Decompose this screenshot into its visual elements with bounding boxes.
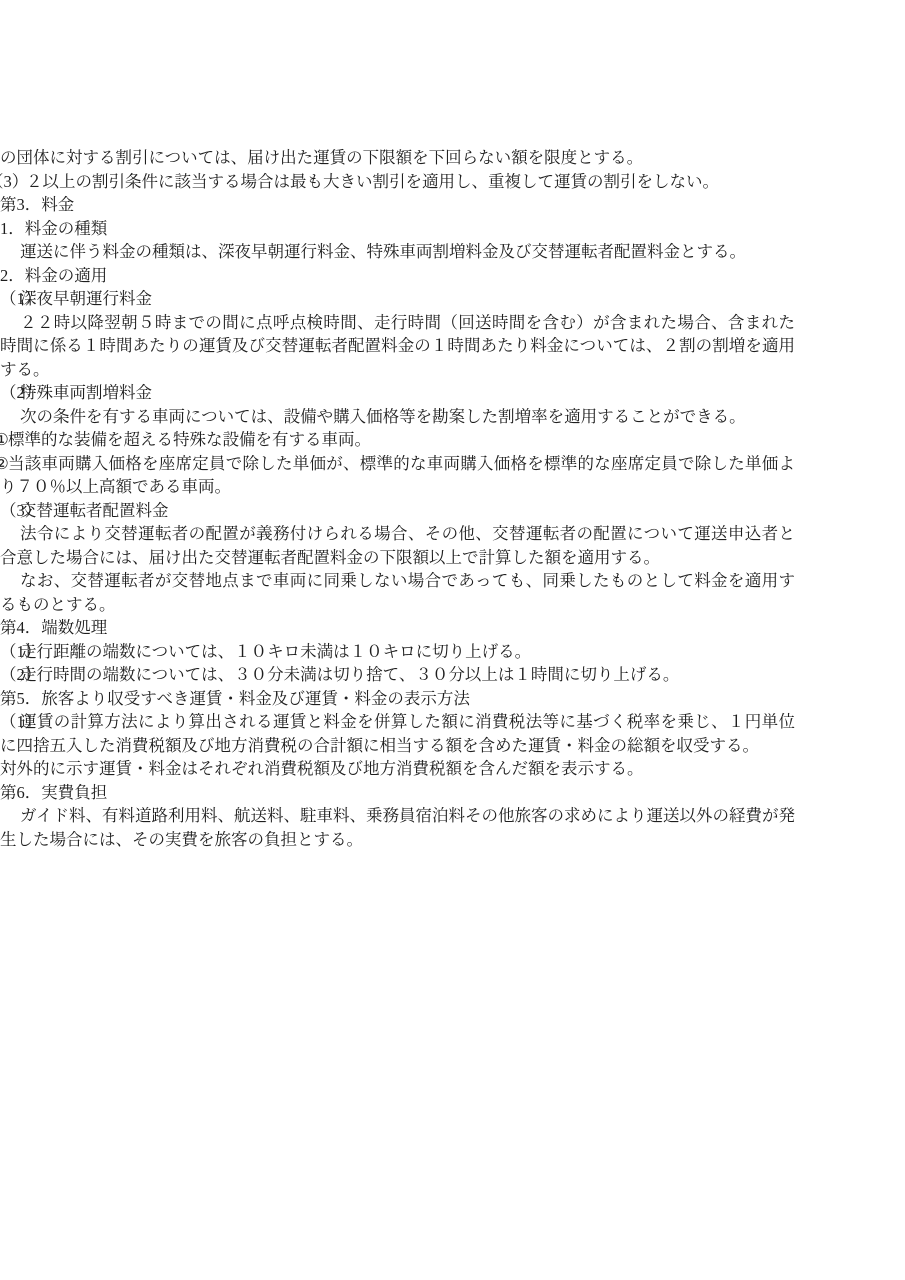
section-heading: 第3．料金: [0, 193, 795, 217]
section-3-fees: 第3．料金 1．料金の種類 運送に伴う料金の種類は、深夜早朝運行料金、特殊車両割…: [0, 193, 795, 616]
circled-item-1: ①標準的な装備を超える特殊な設備を有する車両。: [0, 428, 795, 452]
section-4-rounding: 第4．端数処理 （1）走行距離の端数については、１０キロ未満は１０キロに切り上げ…: [0, 616, 795, 687]
circled-number-marker: ②: [0, 452, 9, 476]
item-title: 交替運転者配置料金: [20, 501, 169, 520]
paragraph: なお、交替運転者が交替地点まで車両に同乗しない場合であっても、同乗したものとして…: [0, 569, 795, 616]
paragraph: ２２時以降翌朝５時までの間に点呼点検時間、走行時間（回送時間を含む）が含まれた場…: [0, 311, 795, 382]
item-text: 走行時間の端数については、３０分未満は切り捨て、３０分以上は１時間に切り上げる。: [20, 665, 679, 684]
item-marker: （1）: [0, 710, 41, 734]
item-marker: （1）: [0, 287, 41, 311]
item-marker: （3）: [0, 499, 41, 523]
item-text: 走行距離の端数については、１０キロ未満は１０キロに切り上げる。: [20, 642, 531, 661]
paragraph: ガイド料、有料道路利用料、航送料、駐車料、乗務員宿泊料その他旅客の求めにより運送…: [0, 804, 795, 851]
item-text: 標準的な装備を超える特殊な設備を有する車両。: [8, 430, 371, 449]
section-6-actual-costs: 第6．実費負担 ガイド料、有料道路利用料、航送料、駐車料、乗務員宿泊料その他旅客…: [0, 781, 795, 852]
list-item-1: （1）走行距離の端数については、１０キロ未満は１０キロに切り上げる。: [0, 640, 795, 664]
item-marker: （3）: [0, 170, 28, 194]
list-item-1: （1）運賃の計算方法により算出される運賃と料金を併算した額に消費税法等に基づく税…: [0, 710, 795, 757]
list-item-2: （2）対外的に示す運賃・料金はそれぞれ消費税額及び地方消費税額を含んだ額を表示す…: [0, 757, 795, 781]
item-marker: （2）: [0, 381, 41, 405]
item-marker: （1）: [0, 640, 41, 664]
item-marker: （2）: [0, 757, 2, 781]
list-item-1: （1）深夜早朝運行料金: [0, 287, 795, 311]
paragraph: 法令により交替運転者の配置が義務付けられる場合、その他、交替運転者の配置について…: [0, 522, 795, 569]
circled-item-2: ②当該車両購入価格を座席定員で除した単価が、標準的な車両購入価格を標準的な座席定…: [0, 452, 795, 499]
sub-item-2-label: 2．料金の適用: [0, 264, 795, 288]
item-text: 当該車両購入価格を座席定員で除した単価が、標準的な車両購入価格を標準的な座席定員…: [0, 454, 795, 497]
item-text: ２以上の割引条件に該当する場合は最も大きい割引を適用し、重複して運賃の割引をしな…: [26, 172, 719, 191]
section-heading: 第6．実費負担: [0, 781, 795, 805]
list-item-3: （3）交替運転者配置料金: [0, 499, 795, 523]
circled-number-marker: ①: [0, 428, 9, 452]
list-item-3-intro: （3）２以上の割引条件に該当する場合は最も大きい割引を適用し、重複して運賃の割引…: [0, 170, 795, 194]
paragraph-continuation: の団体に対する割引については、届け出た運賃の下限額を下回らない額を限度とする。: [0, 146, 795, 170]
paragraph: 運送に伴う料金の種類は、深夜早朝運行料金、特殊車両割増料金及び交替運転者配置料金…: [0, 240, 795, 264]
section-5-display: 第5．旅客より収受すべき運賃・料金及び運賃・料金の表示方法 （1）運賃の計算方法…: [0, 687, 795, 781]
section-heading: 第5．旅客より収受すべき運賃・料金及び運賃・料金の表示方法: [0, 687, 795, 711]
paragraph: 次の条件を有する車両については、設備や購入価格等を勘案した割増率を適用することが…: [0, 405, 795, 429]
item-marker: （2）: [0, 663, 41, 687]
section-heading: 第4．端数処理: [0, 616, 795, 640]
document-page: の団体に対する割引については、届け出た運賃の下限額を下回らない額を限度とする。 …: [0, 0, 905, 1280]
list-item-2: （2）走行時間の端数については、３０分未満は切り捨て、３０分以上は１時間に切り上…: [0, 663, 795, 687]
document-content: の団体に対する割引については、届け出た運賃の下限額を下回らない額を限度とする。 …: [0, 146, 795, 851]
item-text: 運賃の計算方法により算出される運賃と料金を併算した額に消費税法等に基づく税率を乗…: [0, 712, 795, 755]
list-item-2: （2）特殊車両割増料金: [0, 381, 795, 405]
item-text: 対外的に示す運賃・料金はそれぞれ消費税額及び地方消費税額を含んだ額を表示する。: [0, 759, 644, 778]
sub-item-1-label: 1．料金の種類: [0, 217, 795, 241]
